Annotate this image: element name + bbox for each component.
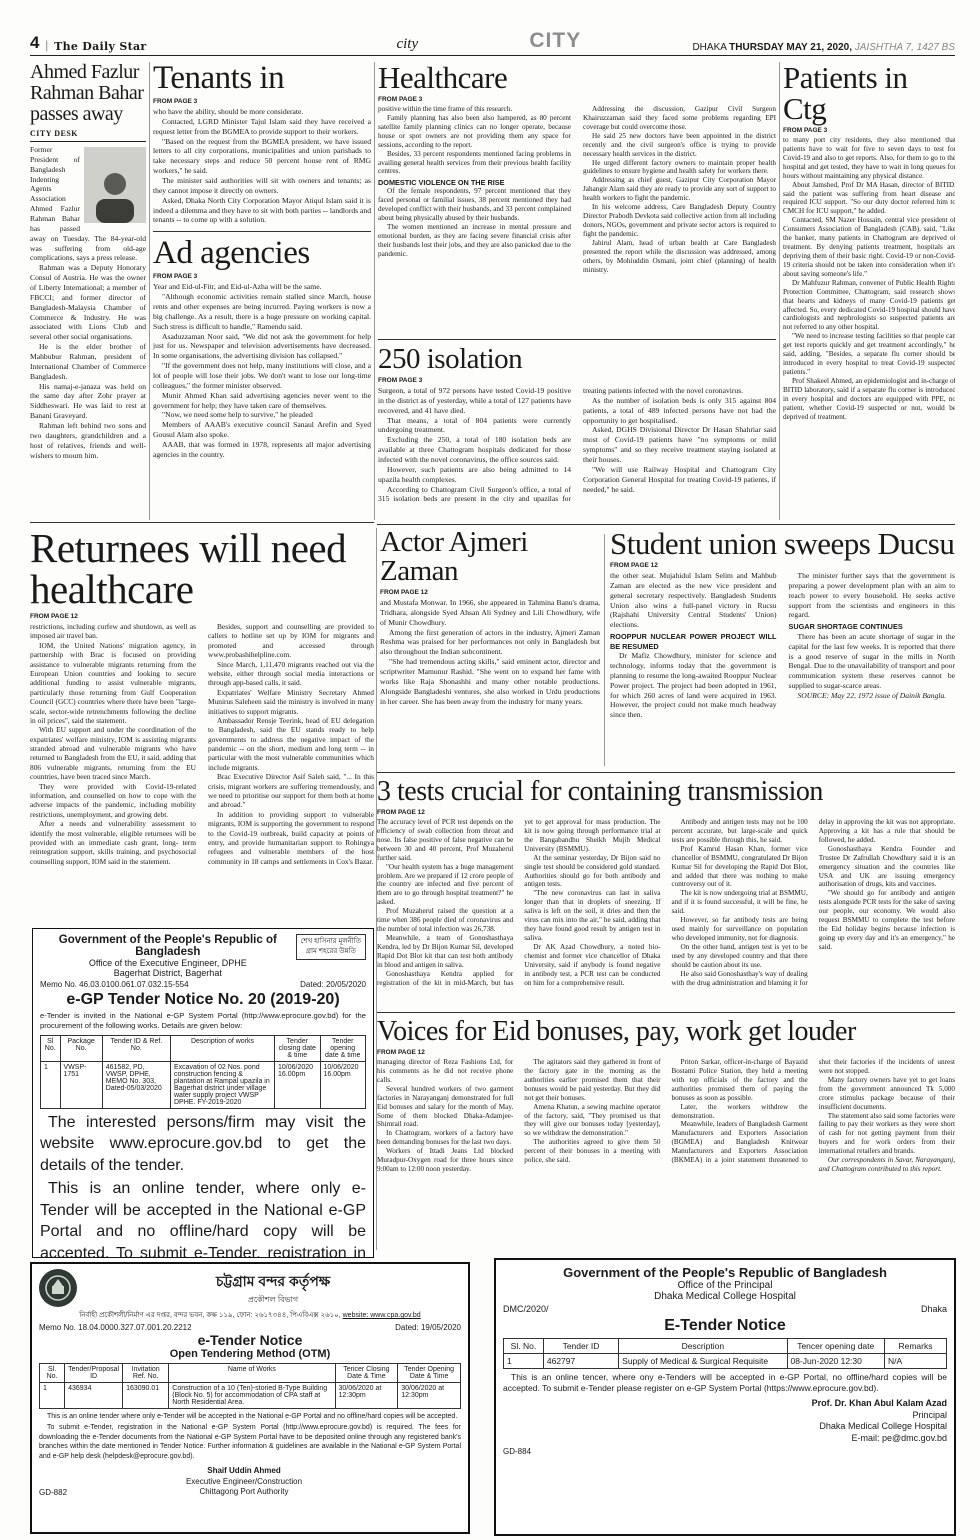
top-row: Ahmed Fazlur Rahman Bahar passes away CI…: [30, 62, 955, 520]
paragraph: Prof Muzaherul raised the question at a …: [377, 907, 513, 934]
paragraph: Since March, 1,11,470 migrants reached o…: [208, 660, 374, 688]
hospital-line: Dhaka Medical College Hospital: [503, 1291, 947, 1302]
from-page-label: FROM PAGE 3: [378, 96, 776, 103]
paragraph: IOM, the United Nations' migration agenc…: [30, 641, 196, 726]
paragraph: Dr Mafiz Chowdhury, minister for science…: [610, 651, 777, 720]
cell-description: Supply of Medical & Surgical Requisite: [619, 1354, 787, 1369]
paragraph: This is an online tender where only e-Te…: [39, 1412, 461, 1421]
from-page-label: FROM PAGE 12: [380, 589, 600, 596]
notice-subtitle: Open Tendering Method (OTM): [39, 1348, 461, 1360]
signer-org: Chittagong Port Authority: [186, 1487, 302, 1497]
column-rule: [374, 62, 375, 520]
office-line: Office of the Executive Engineer, DPHE: [40, 958, 296, 968]
paragraph: "Now, we need some help to survive," he …: [153, 410, 371, 420]
section-rule: [377, 1012, 955, 1013]
section-label-large: CITY: [529, 29, 581, 53]
slogan-box: শেখ হাসিনার মূলনীতি গ্রাম শহরের উন্নতি: [296, 934, 366, 960]
paragraph: Ambassador Rensje Teerink, head of EU de…: [208, 716, 374, 772]
tender-table: Sl No. Package No. Tender ID & Ref. No. …: [40, 1035, 366, 1109]
headline: Patients in Ctg: [783, 62, 955, 124]
paragraph: "If the government does not help, many i…: [153, 361, 371, 391]
ref-number: DMC/2020/: [503, 1304, 549, 1314]
memo-date: Dated: 20/05/2020: [300, 980, 366, 989]
paragraph: Brac Executive Director Asif Saleh said,…: [208, 772, 374, 810]
paragraph: Asaduzzaman Noor said, "We did not ask t…: [153, 332, 371, 362]
dateline: DHAKA THURSDAY MAY 21, 2020, JAISHTHA 7,…: [692, 42, 955, 53]
column-rule: [604, 534, 605, 766]
paragraph: Besides, support and counselling are pro…: [208, 622, 374, 660]
paragraph: To submit e-Tender, registration in the …: [39, 1423, 461, 1461]
section-rule: [377, 524, 955, 525]
article-returnees: Returnees will need healthcare FROM PAGE…: [30, 528, 374, 924]
paragraph: "We will use Railway Hospital and Chatto…: [583, 465, 776, 495]
paragraph: Contacted, SM Nazer Hossain, central vic…: [783, 216, 955, 278]
cpa-address-bangla: নির্বাহী প্রকৌশলী/নির্মাণ এর দপ্তর, বন্দ…: [79, 1312, 340, 1319]
paragraph: Several hundred workers of two garment f…: [377, 1085, 513, 1130]
paragraph: The accuracy level of PCR test depends o…: [377, 818, 513, 863]
article-body: The accuracy level of PCR test depends o…: [377, 818, 955, 1006]
cpa-org-name: চট্টগ্রাম বন্দর কর্তৃপক্ষ: [85, 1270, 461, 1294]
cell-sl: 1: [40, 1383, 65, 1409]
tender-notice-bagerhat: Government of the People's Republic of B…: [32, 928, 374, 1258]
paragraph: Meanwhile, a team of Gonoshasthaya Kendr…: [377, 934, 513, 970]
paragraph: The interested persons/firm may visit th…: [40, 1112, 366, 1177]
paragraph: His namaj-e-janaza was held on the same …: [30, 382, 146, 421]
cell-package: VWSP-1751: [60, 1061, 102, 1108]
signer-name: Prof. Dr. Khan Abul Kalam Azad: [503, 1398, 947, 1410]
paragraph: Munir Ahmed Khan said advertising agenci…: [153, 391, 371, 411]
paragraph: "Although economic activities remain sta…: [153, 292, 371, 331]
section-label-small: city: [396, 36, 418, 53]
article-3-tests: 3 tests crucial for containing transmiss…: [377, 778, 955, 1008]
article-tenants-in: Tenants in FROM PAGE 3 who have the abil…: [153, 62, 371, 225]
article-body: Year and Eid-ul-Fitr, and Eid-ul-Azha wi…: [153, 282, 371, 459]
from-page-label: FROM PAGE 3: [153, 273, 371, 280]
paragraph: At the seminar yesterday, Dr Bijon said …: [524, 854, 660, 890]
paragraph: who have the ability, should be more con…: [153, 107, 371, 117]
paragraph: He urged different factory owners to mai…: [583, 159, 776, 177]
headline: 250 isolation: [378, 345, 776, 374]
article-body: who have the ability, should be more con…: [153, 107, 371, 225]
article-body: the other seat. Mujahidul Islam Selim an…: [610, 571, 955, 755]
paragraph: Addressing as chief guest, Gazipur City …: [583, 176, 776, 203]
paragraph: Members of AAAB's executive council Sana…: [153, 420, 371, 440]
article-body: and Mustafa Monwar. In 1966, she appeare…: [380, 598, 600, 706]
article-divider: [153, 231, 371, 232]
from-page-label: FROM PAGE 12: [30, 613, 374, 620]
paragraph: Prof Shakeel Ahmed, an epidemiologist an…: [783, 377, 955, 422]
article-body: Surgeon, a total of 972 persons have tes…: [378, 386, 776, 520]
article-healthcare: Healthcare FROM PAGE 3 positive within t…: [378, 62, 776, 333]
paragraph: Expatriates' Welfare Ministry Secretary …: [208, 688, 374, 716]
cell-remarks: N/A: [884, 1354, 946, 1369]
paragraph: The women mentioned an increase in menta…: [378, 223, 571, 259]
paragraph: He said 25 new doctors have been appoint…: [583, 132, 776, 159]
paragraph: They were provided with Covid-19-related…: [30, 782, 196, 820]
slogan-line1: শেখ হাসিনার মূলনীতি: [301, 937, 361, 947]
paragraph: The agitators said they gathered in fron…: [524, 1058, 660, 1103]
paragraph: On the other hand, antigen test is yet t…: [672, 943, 808, 970]
dateline-date: THURSDAY MAY 21, 2020,: [729, 42, 852, 53]
paragraph: There has been an acute shortage of suga…: [789, 632, 956, 691]
paragraph: Antibody and antigen tests may not be 10…: [672, 818, 808, 845]
headline: Returnees will need healthcare: [30, 528, 374, 610]
paragraph: He is the elder brother of Mahbubur Rahm…: [30, 342, 146, 381]
article-body: restrictions, including curfew and shutd…: [30, 622, 374, 924]
person-silhouette-icon: [92, 167, 138, 223]
cell-ref: 163090.01: [123, 1383, 169, 1409]
column-tenants-ads: Tenants in FROM PAGE 3 who have the abil…: [153, 62, 371, 520]
page-header: 4 | The Daily Star city CITY DHAKA THURS…: [30, 26, 955, 56]
headline: Student union sweeps Ducsu: [610, 528, 955, 559]
cpa-dept-name: প্রকৌশল বিভাগ: [85, 1294, 461, 1307]
paragraph: Of the female respondents, 97 percent me…: [378, 187, 571, 223]
article-body: managing director of Reza Fashions Ltd, …: [377, 1058, 955, 1248]
govt-title: Government of the People's Republic of B…: [40, 934, 296, 958]
headline: Actor Ajmeri Zaman: [380, 528, 600, 586]
paragraph: Later, the workers withdrew the demonstr…: [672, 1103, 808, 1121]
article-divider: [378, 339, 776, 340]
headline: Healthcare: [378, 62, 776, 93]
cell-sl: 1: [41, 1061, 61, 1108]
tender-notice-cpa: চট্টগ্রাম বন্দর কর্তৃপক্ষ প্রকৌশল বিভাগ …: [30, 1262, 470, 1534]
cell-closing: 30/06/2020 at 12:30pm: [335, 1383, 398, 1409]
paragraph: Our correspondents in Savar, Narayanganj…: [819, 1156, 955, 1174]
headline: Voices for Eid bonuses, pay, work get lo…: [377, 1018, 955, 1046]
col-header: Tender ID & Ref. No.: [102, 1035, 170, 1061]
paragraph: In Chattogram, workers of a factory have…: [377, 1129, 513, 1147]
signer-email: E-mail: pe@dmc.gov.bd: [503, 1433, 947, 1445]
notice-paragraphs: This is an online tencer, where ony e-Te…: [503, 1372, 947, 1395]
header-separator: |: [45, 37, 48, 53]
office-line: Office of the Principal: [503, 1280, 947, 1291]
paragraph: In his welcome address, Care Bangladesh …: [583, 203, 776, 239]
paragraph: "She had tremendous acting skills," said…: [380, 657, 600, 706]
paragraph: About Jamshed, Prof Dr MA Hasan, directo…: [783, 181, 955, 217]
paragraph: As the number of isolation beds is only …: [583, 396, 776, 426]
col-header: Tender opening date & time: [320, 1035, 366, 1061]
col-header: Description of works: [171, 1035, 275, 1061]
col-header: Sl No.: [41, 1035, 61, 1061]
paragraph: Family planning has also been also hampe…: [378, 114, 571, 150]
paragraph: Jahirul Alam, head of urban health at Ca…: [583, 239, 776, 275]
paragraph: to many port city residents, they also m…: [783, 136, 955, 181]
headline: Tenants in: [153, 62, 371, 95]
paragraph: However, so far antibody tests are being…: [672, 916, 808, 943]
memo-number: Memo No. 18.04.0000.327.07.001.20.2212: [39, 1323, 192, 1332]
gd-number: GD-882: [39, 1488, 67, 1497]
headline: Ahmed Fazlur Rahman Bahar passes away: [30, 62, 146, 125]
cell-opening: 10/06/2020 16.00pm: [320, 1061, 366, 1108]
district-line: Bagerhat District, Bagerhat: [40, 968, 296, 978]
paragraph: ROOPPUR NUCLEAR POWER PROJECT WILL BE RE…: [610, 632, 777, 651]
page-number: 4: [30, 33, 39, 53]
daily-star-logo: The Daily Star: [54, 40, 146, 53]
dateline-calendar: JAISHTHA 7, 1427 BS: [855, 42, 955, 53]
byline: CITY DESK: [30, 129, 146, 142]
signer-org: Dhaka Medical College Hospital: [503, 1421, 947, 1433]
paragraph: This is an online tender, where only e-T…: [40, 1178, 366, 1258]
paragraph: SUGAR SHORTAGE CONTINUES: [789, 622, 956, 631]
obituary-photo: [84, 147, 146, 223]
notice-intro: e-Tender is invited in the National e-GP…: [40, 1011, 366, 1032]
paragraph: "We need to increase testing facilities …: [783, 332, 955, 377]
cell-works: Construction of a 10 (Ten)-storied B-Typ…: [169, 1383, 335, 1409]
memo-number: Memo No. 46.03.0100.061.07.032.15-554: [40, 980, 189, 989]
paragraph: Prof Kamrul Hasan Khan, former vice chan…: [672, 845, 808, 890]
cpa-address: নির্বাহী প্রকৌশলী/নির্মাণ এর দপ্তর, বন্দ…: [39, 1309, 461, 1321]
section-rule: [377, 772, 955, 773]
article-body: to many port city residents, they also m…: [783, 136, 955, 422]
table-header-row: Sl No. Package No. Tender ID & Ref. No. …: [41, 1035, 366, 1061]
from-page-label: FROM PAGE 3: [153, 98, 371, 105]
govt-title: Government of the People's Republic of B…: [503, 1265, 947, 1280]
paragraph: "We should go for antibody and antigen t…: [819, 889, 955, 951]
paragraph: In addition to providing support to vuln…: [208, 810, 374, 866]
paragraph: Addressing the discussion, Gazipur Civil…: [583, 105, 776, 132]
paragraph: DOMESTIC VIOLENCE ON THE RISE: [378, 178, 571, 187]
col-header: Tender ID: [543, 1339, 618, 1354]
paragraph: The minister said authorities will sit w…: [153, 176, 371, 196]
paragraph: Surgeon, a total of 972 persons have tes…: [378, 386, 571, 416]
column-rule: [779, 62, 780, 520]
article-student-union-ducsu: Student union sweeps Ducsu FROM PAGE 12 …: [610, 528, 955, 768]
paragraph: After a needs and vulnerability assessme…: [30, 819, 196, 866]
slogan-line2: গ্রাম শহরের উন্নতি: [301, 947, 361, 957]
cell-description: Excavation of 02 Nos. pond construction …: [171, 1061, 275, 1108]
paragraph: Excluding the 250, a total of 180 isolat…: [378, 435, 571, 465]
paragraph: Priton Sarkar, officer-in-charge of Baya…: [672, 1058, 808, 1103]
signer-title: Executive Engineer/Construction: [186, 1477, 302, 1487]
paragraph: The kit is now undergoing trial at BSMMU…: [672, 889, 808, 916]
cpa-website: website: www.cpa.gov.bd: [343, 1312, 421, 1319]
paragraph: The statement also said some factories w…: [819, 1112, 955, 1157]
headline: Ad agencies: [153, 237, 371, 270]
article-250-isolation: 250 isolation FROM PAGE 3 Surgeon, a tot…: [378, 345, 776, 520]
paragraph: The minister further says that the gover…: [789, 571, 956, 620]
from-page-label: FROM PAGE 3: [378, 377, 776, 384]
col-header: Tender closing date & time: [275, 1035, 321, 1061]
notice-paragraphs: This is an online tender where only e-Te…: [39, 1412, 461, 1461]
col-header: Description: [619, 1339, 787, 1354]
table-header-row: Sl. No. Tender/Proposal ID Invitation Re…: [40, 1364, 461, 1383]
paragraph: "The new coronavirus can last in saliva …: [524, 889, 660, 943]
paragraph: AAAB, that was formed in 1978, represent…: [153, 440, 371, 460]
column-healthcare-isolation: Healthcare FROM PAGE 3 positive within t…: [378, 62, 776, 520]
from-page-label: FROM PAGE 12: [377, 1049, 955, 1056]
notice-title: E-Tender Notice: [503, 1317, 947, 1335]
tender-notice-dmch: Government of the People's Republic of B…: [494, 1258, 956, 1536]
dateline-city: DHAKA: [692, 42, 726, 53]
paragraph: Many factory owners have yet to get loan…: [819, 1076, 955, 1112]
paragraph: Among the first generation of actors in …: [380, 628, 600, 658]
paragraph: and Mustafa Monwar. In 1966, she appeare…: [380, 598, 600, 628]
paragraph: Besides, 33 percent respondents mentione…: [378, 150, 571, 177]
paragraph: Rahman was a Deputy Honorary Consul of A…: [30, 263, 146, 342]
section-rule: [30, 522, 374, 523]
paragraph: the other seat. Mujahidul Islam Selim an…: [610, 571, 777, 630]
article-voices-eid-bonuses: Voices for Eid bonuses, pay, work get lo…: [377, 1018, 955, 1254]
col-header: Sl. No.: [40, 1364, 65, 1383]
column-rule: [149, 62, 150, 520]
col-header: Package No.: [60, 1035, 102, 1061]
table-row: 1 462797 Supply of Medical & Surgical Re…: [504, 1354, 947, 1369]
cell-tender-id: 462797: [543, 1354, 618, 1369]
cell-opening: 30/06/2020 at 12:30pm: [398, 1383, 461, 1409]
article-actor-ajmeri-zaman: Actor Ajmeri Zaman FROM PAGE 12 and Must…: [380, 528, 600, 768]
paragraph: However, such patients are also being ad…: [378, 465, 571, 485]
cell-opening: 08-Jun-2020 12:30: [787, 1354, 884, 1369]
notice-paragraphs: The interested persons/firm may visit th…: [40, 1112, 366, 1259]
col-header: Tencer Closing Date & Time: [335, 1364, 398, 1383]
col-header: Tender Opening Date & Time: [398, 1364, 461, 1383]
article-ad-agencies: Ad agencies FROM PAGE 3 Year and Eid-ul-…: [153, 237, 371, 459]
paragraph: Amena Khatun, a sewing machine operator …: [524, 1103, 660, 1139]
paragraph: Year and Eid-ul-Fitr, and Eid-ul-Azha wi…: [153, 282, 371, 292]
memo-date: Dated: 19/05/2020: [395, 1323, 461, 1332]
paragraph: restrictions, including curfew and shutd…: [30, 622, 196, 641]
table-row: 1 VWSP-1751 461582, PD, VWSP, DPHE, MEMO…: [41, 1061, 366, 1108]
signer-title: Principal: [503, 1410, 947, 1422]
paragraph: Rahman left behind two sons and two daug…: [30, 421, 146, 460]
from-page-label: FROM PAGE 3: [783, 127, 955, 134]
paragraph: Asked, DGHS Divisional Director Dr Hasan…: [583, 425, 776, 464]
from-page-label: FROM PAGE 12: [610, 562, 955, 569]
table-header-row: Sl. No. Tender ID Description Tencer ope…: [504, 1339, 947, 1354]
col-header: Name of Works: [169, 1364, 335, 1383]
paragraph: This is an online tencer, where ony e-Te…: [503, 1372, 947, 1395]
newspaper-page: 4 | The Daily Star city CITY DHAKA THURS…: [0, 0, 980, 1540]
cell-tender-id: 436934: [65, 1383, 123, 1409]
col-header: Invitation Ref. No.: [123, 1364, 169, 1383]
signer-name: Shaif Uddin Ahmed: [186, 1466, 302, 1476]
notice-title: e-GP Tender Notice No. 20 (2019-20): [40, 991, 366, 1009]
cell-tender-id: 461582, PD, VWSP, DPHE, MEMO No. 303, Da…: [102, 1061, 170, 1108]
from-page-label: FROM PAGE 12: [377, 809, 955, 816]
paragraph: Asked, Dhaka North City Corporation Mayo…: [153, 196, 371, 226]
paragraph: "Based on the request from the BGMEA pre…: [153, 137, 371, 176]
col-header: Sl. No.: [504, 1339, 544, 1354]
col-header: Tencer opening date: [787, 1339, 884, 1354]
article-body: positive within the time frame of this r…: [378, 105, 776, 333]
paragraph: Dr AK Azad Chowdhury, a noted bio-chemis…: [524, 943, 660, 988]
article-obituary: Ahmed Fazlur Rahman Bahar passes away CI…: [30, 62, 146, 520]
paragraph: Contacted, LGRD Minister Tajul Islam sai…: [153, 117, 371, 137]
paragraph: managing director of Reza Fashions Ltd, …: [377, 1058, 513, 1085]
gd-number: GD-884: [503, 1447, 947, 1456]
col-header: Remarks: [884, 1339, 946, 1354]
table-row: 1 436934 163090.01 Construction of a 10 …: [40, 1383, 461, 1409]
article-patients-in-ctg: Patients in Ctg FROM PAGE 3 to many port…: [783, 62, 955, 520]
cpa-seal-icon: [39, 1269, 77, 1307]
paragraph: "Our health system has a huge management…: [377, 863, 513, 908]
tender-table: Sl. No. Tender/Proposal ID Invitation Re…: [39, 1363, 461, 1409]
paragraph: That means, a total of 804 patients were…: [378, 416, 571, 436]
cell-sl: 1: [504, 1354, 544, 1369]
col-header: Tender/Proposal ID: [65, 1364, 123, 1383]
paragraph: Gonoshasthaya Kendra Founder and Trustee…: [819, 845, 955, 890]
paragraph: Workers of Ittadi Jeans Ltd blocked Mura…: [377, 1147, 513, 1174]
place-label: Dhaka: [921, 1304, 947, 1314]
paragraph: positive within the time frame of this r…: [378, 105, 571, 114]
headline: 3 tests crucial for containing transmiss…: [377, 778, 955, 806]
paragraph: Dr Mahfuzur Rahman, convener of Public H…: [783, 279, 955, 333]
notice-title: e-Tender Notice: [39, 1332, 461, 1348]
paragraph: The authorities agreed to give them 50 p…: [524, 1138, 660, 1165]
tender-table: Sl. No. Tender ID Description Tencer ope…: [503, 1338, 947, 1369]
paragraph: With EU support and under the coordinati…: [30, 725, 196, 781]
article-body: Former President of Bangladesh Indenting…: [30, 145, 146, 461]
paragraph: SOURCE: May 22, 1972 issue of Dainik Ban…: [789, 691, 956, 701]
cell-closing: 10/06/2020 16.00pm: [275, 1061, 321, 1108]
